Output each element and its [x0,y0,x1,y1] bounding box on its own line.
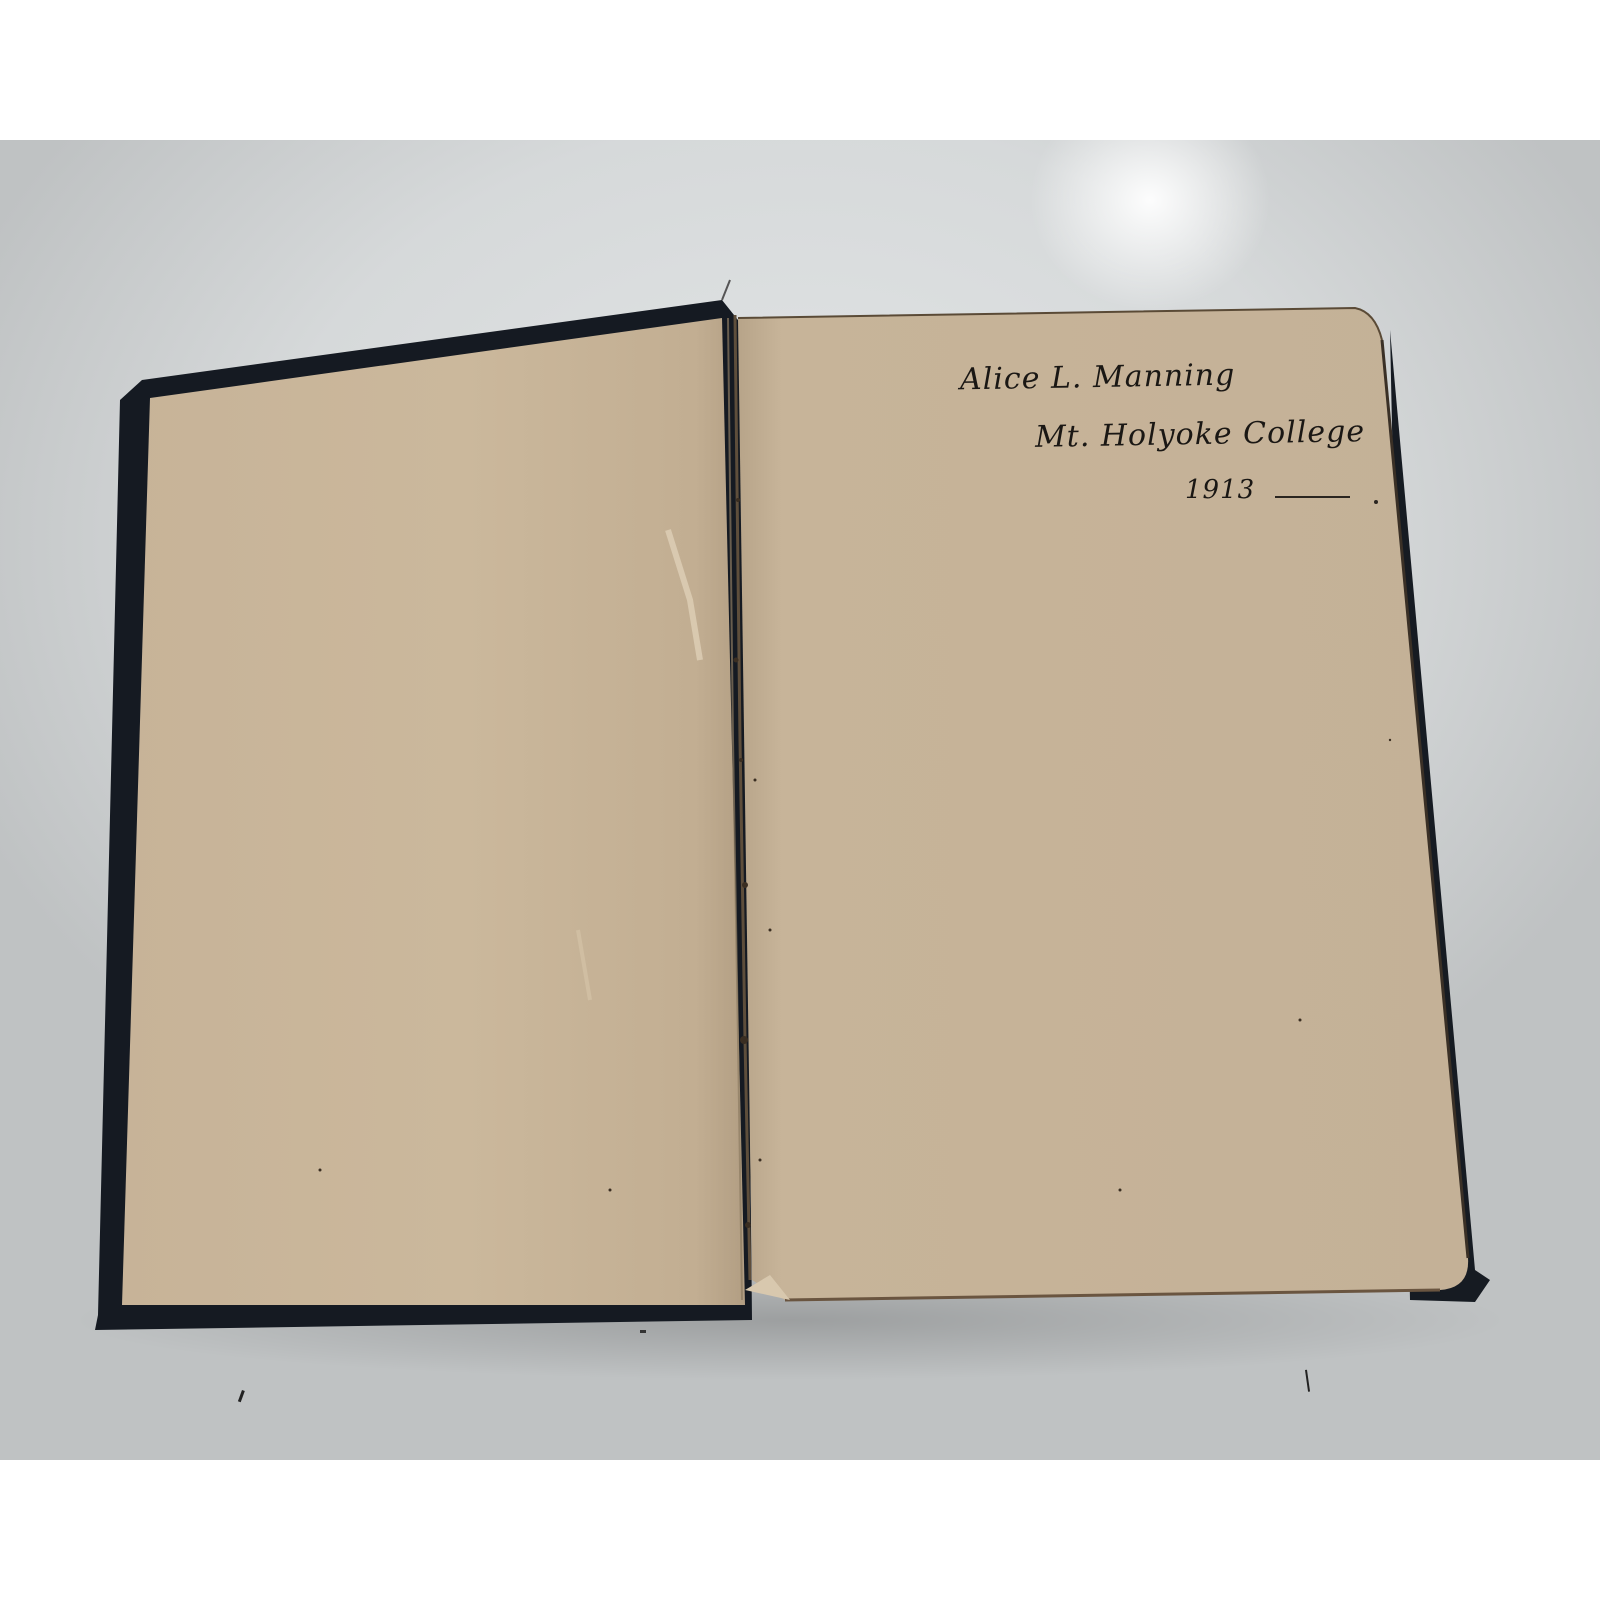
right-page [738,308,1468,1300]
left-page [122,318,745,1305]
ink-dot [1374,500,1378,504]
open-book-illustration [0,140,1600,1460]
inscription-institution: Mt. Holyoke College [1035,414,1366,455]
inscription-year: 1913 [1185,475,1255,505]
book-photograph: Alice L. Manning Mt. Holyoke College 191… [0,140,1600,1460]
inscription-name: Alice L. Manning [960,358,1236,398]
inscription-dash [1275,496,1350,498]
